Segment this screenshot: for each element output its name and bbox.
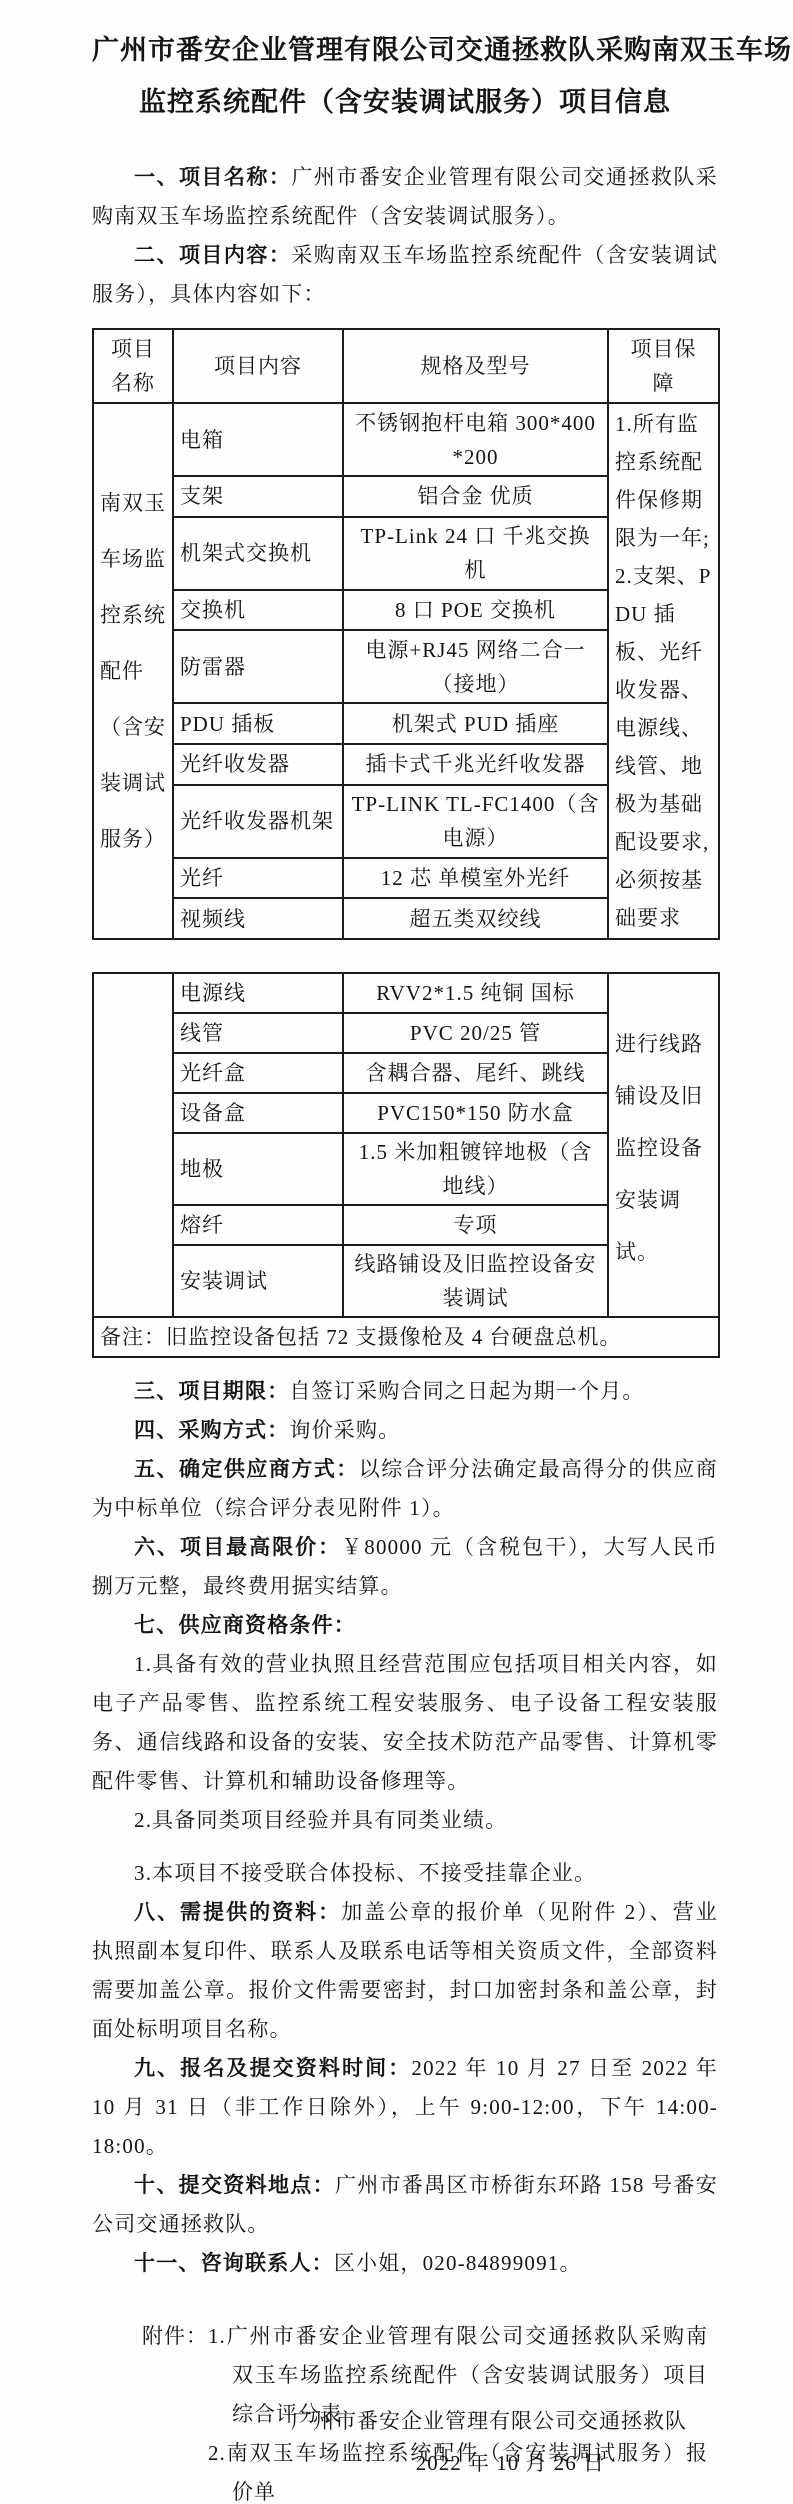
spec-cell: 插卡式千兆光纤收发器 <box>343 744 608 785</box>
item-cell: 线管 <box>173 1013 343 1053</box>
section-required-documents-label: 八、需提供的资料： <box>134 1900 341 1924</box>
item-cell: 电源线 <box>173 973 343 1013</box>
signature-block: 广州市番安企业管理有限公司交通拯救队 2022 年 10 月 26 日 <box>0 2400 793 2484</box>
page-title-line2: 监控系统配件（含安装调试服务）项目信息 <box>92 76 718 128</box>
spec-cell: 不锈钢抱杆电箱 300*400*200 <box>343 403 608 476</box>
item-cell: 防雷器 <box>173 630 343 703</box>
section-max-price: 六、项目最高限价：￥80000 元（含税包干），大写人民币捌万元整，最终费用据实… <box>92 1528 718 1606</box>
guarantee-cell: 进行线路铺设及旧监控设备安装调试。 <box>608 973 719 1317</box>
section-qualifications-label: 七、供应商资格条件： <box>134 1613 356 1637</box>
spec-cell: TP-LINK TL-FC1400（含电源） <box>343 785 608 858</box>
qualification-item-3: 3.本项目不接受联合体投标、不接受挂靠企业。 <box>92 1854 718 1893</box>
section-project-term-text: 自签订采购合同之日起为期一个月。 <box>289 1379 644 1403</box>
section-purchase-method-label: 四、采购方式： <box>134 1418 289 1442</box>
note-cell: 备注：旧监控设备包括 72 支摄像枪及 4 台硬盘总机。 <box>93 1317 719 1357</box>
spec-cell: 机架式 PUD 插座 <box>343 703 608 744</box>
spec-cell: 电源+RJ45 网络二合一（接地） <box>343 630 608 703</box>
item-cell: 设备盒 <box>173 1093 343 1133</box>
section-project-term-label: 三、项目期限： <box>134 1379 289 1403</box>
spec-cell: PVC 20/25 管 <box>343 1013 608 1053</box>
section-submission-location: 十、提交资料地点：广州市番禺区市桥街东环路 158 号番安公司交通拯救队。 <box>92 2166 718 2244</box>
header-project-name: 项目名称 <box>93 329 173 403</box>
spec-table-2: 电源线 RVV2*1.5 纯铜 国标 进行线路铺设及旧监控设备安装调试。 线管P… <box>92 972 720 1358</box>
section-required-documents: 八、需提供的资料：加盖公章的报价单（见附件 2）、营业执照副本复印件、联系人及联… <box>92 1893 718 2049</box>
header-project-item: 项目内容 <box>173 329 343 403</box>
section-submission-time-label: 九、报名及提交资料时间： <box>134 2056 411 2080</box>
table-row: 南双玉车场监控系统配件（含安装调试服务） 电箱 不锈钢抱杆电箱 300*400*… <box>93 403 719 476</box>
item-cell: 光纤 <box>173 858 343 899</box>
item-cell: 光纤盒 <box>173 1053 343 1093</box>
spec-cell: 专项 <box>343 1205 608 1245</box>
spec-cell: 铝合金 优质 <box>343 476 608 517</box>
spec-cell: 12 芯 单模室外光纤 <box>343 858 608 899</box>
section-contact-person-label: 十一、咨询联系人： <box>134 2251 334 2275</box>
table-header-row: 项目名称 项目内容 规格及型号 项目保障 <box>93 329 719 403</box>
item-cell: 熔纤 <box>173 1205 343 1245</box>
section-purchase-method: 四、采购方式：询价采购。 <box>92 1411 718 1450</box>
signature-organization: 广州市番安企业管理有限公司交通拯救队 <box>0 2400 793 2442</box>
section-project-term: 三、项目期限：自签订采购合同之日起为期一个月。 <box>92 1372 718 1411</box>
table-note-row: 备注：旧监控设备包括 72 支摄像枪及 4 台硬盘总机。 <box>93 1317 719 1357</box>
header-spec-model: 规格及型号 <box>343 329 608 403</box>
section-contact-person-text: 区小姐，020-84899091。 <box>334 2251 582 2275</box>
spec-cell: 线路铺设及旧监控设备安装调试 <box>343 1245 608 1317</box>
spec-cell: RVV2*1.5 纯铜 国标 <box>343 973 608 1013</box>
item-cell: 视频线 <box>173 898 343 939</box>
page-title-line1: 广州市番安企业管理有限公司交通拯救队采购南双玉车场 <box>92 24 718 76</box>
header-guarantee: 项目保障 <box>608 329 719 403</box>
section-project-name: 一、项目名称：广州市番安企业管理有限公司交通拯救队采购南双玉车场监控系统配件（含… <box>92 158 718 236</box>
section-supplier-selection-label: 五、确定供应商方式： <box>134 1457 359 1481</box>
spec-cell: 1.5 米加粗镀锌地极（含地线） <box>343 1133 608 1205</box>
spec-cell: PVC150*150 防水盒 <box>343 1093 608 1133</box>
section-submission-time: 九、报名及提交资料时间：2022 年 10 月 27 日至 2022 年 10 … <box>92 2049 718 2166</box>
qualification-item-2: 2.具备同类项目经验并具有同类业绩。 <box>92 1801 718 1840</box>
item-cell: 安装调试 <box>173 1245 343 1317</box>
signature-date: 2022 年 10 月 26 日 <box>0 2442 793 2484</box>
item-cell: PDU 插板 <box>173 703 343 744</box>
item-cell: 支架 <box>173 476 343 517</box>
item-cell: 光纤收发器 <box>173 744 343 785</box>
section-supplier-selection: 五、确定供应商方式：以综合评分法确定最高得分的供应商为中标单位（综合评分表见附件… <box>92 1450 718 1528</box>
section-project-name-label: 一、项目名称： <box>134 165 291 189</box>
section-project-content-label: 二、项目内容： <box>134 243 291 267</box>
page-title: 广州市番安企业管理有限公司交通拯救队采购南双玉车场 监控系统配件（含安装调试服务… <box>92 24 718 128</box>
project-name-cell: 南双玉车场监控系统配件（含安装调试服务） <box>93 403 173 939</box>
guarantee-cell: 1.所有监控系统配件保修期限为一年; 2.支架、PDU 插板、光纤收发器、电源线… <box>608 403 719 939</box>
item-cell: 交换机 <box>173 590 343 631</box>
item-cell: 电箱 <box>173 403 343 476</box>
spec-cell: TP-Link 24 口 千兆交换机 <box>343 517 608 590</box>
section-project-content: 二、项目内容：采购南双玉车场监控系统配件（含安装调试服务），具体内容如下： <box>92 236 718 314</box>
qualification-item-1: 1.具备有效的营业执照且经营范围应包括项目相关内容，如电子产品零售、监控系统工程… <box>92 1645 718 1801</box>
section-max-price-label: 六、项目最高限价： <box>134 1535 341 1559</box>
spec-cell: 含耦合器、尾纤、跳线 <box>343 1053 608 1093</box>
document-page: 广州市番安企业管理有限公司交通拯救队采购南双玉车场 监控系统配件（含安装调试服务… <box>0 0 793 2504</box>
section-purchase-method-text: 询价采购。 <box>289 1418 400 1442</box>
table-row: 电源线 RVV2*1.5 纯铜 国标 进行线路铺设及旧监控设备安装调试。 <box>93 973 719 1013</box>
section-submission-location-label: 十、提交资料地点： <box>134 2173 335 2197</box>
spec-cell: 超五类双绞线 <box>343 898 608 939</box>
document-content: 广州市番安企业管理有限公司交通拯救队采购南双玉车场 监控系统配件（含安装调试服务… <box>0 0 793 2504</box>
spec-cell: 8 口 POE 交换机 <box>343 590 608 631</box>
item-cell: 机架式交换机 <box>173 517 343 590</box>
section-qualifications-heading: 七、供应商资格条件： <box>92 1606 718 1645</box>
project-name-cell-empty <box>93 973 173 1317</box>
item-cell: 光纤收发器机架 <box>173 785 343 858</box>
spec-table-1: 项目名称 项目内容 规格及型号 项目保障 南双玉车场监控系统配件（含安装调试服务… <box>92 328 720 940</box>
item-cell: 地极 <box>173 1133 343 1205</box>
section-contact-person: 十一、咨询联系人：区小姐，020-84899091。 <box>92 2244 718 2283</box>
